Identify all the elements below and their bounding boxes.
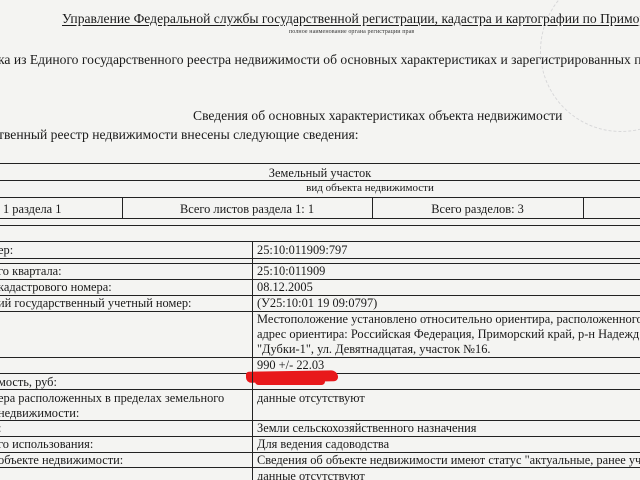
redaction-mark bbox=[255, 378, 325, 385]
value-quarter-number: 25:10:011909 bbox=[257, 264, 325, 279]
label-cadastral-value: мость, руб: bbox=[0, 375, 57, 390]
value-special-notes: данные отсутствуют bbox=[257, 469, 365, 480]
table-border bbox=[0, 258, 640, 259]
object-type: Земельный участок bbox=[0, 166, 640, 181]
label-object-status: объекте недвижимости: bbox=[0, 453, 123, 468]
value-previous-number: (У25:10:01 19 09:0797) bbox=[257, 296, 377, 311]
value-permitted-use: Для ведения садоводства bbox=[257, 437, 389, 452]
value-cadastral-number: 25:10:011909:797 bbox=[257, 243, 347, 258]
table-divider bbox=[583, 197, 584, 218]
sheet-number: 1 раздела 1 bbox=[3, 202, 61, 217]
value-objects-within: данные отсутствуют bbox=[257, 391, 365, 406]
label-objects-within-line-2: недвижимости: bbox=[0, 406, 79, 421]
label-land-category: : bbox=[0, 421, 1, 436]
value-location-line-1: Местоположение установлено относительно … bbox=[257, 312, 640, 327]
intro-text: твенный реестр недвижимости внесены след… bbox=[0, 127, 359, 143]
label-assignment-date: кадастрового номера: bbox=[0, 280, 112, 295]
label-previous-number: ий государственный учетный номер: bbox=[0, 296, 192, 311]
total-sections: Всего разделов: 3 bbox=[372, 202, 583, 217]
value-location-line-2: адрес ориентира: Российская Федерация, П… bbox=[257, 327, 639, 342]
value-object-status: Сведения об объекте недвижимости имеют с… bbox=[257, 453, 640, 468]
label-cadastral-number: ер: bbox=[0, 243, 13, 258]
extract-title: ка из Единого государственного реестра н… bbox=[0, 52, 640, 68]
label-permitted-use: го использования: bbox=[0, 437, 93, 452]
table-border bbox=[0, 225, 640, 226]
value-land-category: Земли сельскохозяйственного назначения bbox=[257, 421, 476, 436]
organization-caption: полное наименование органа регистрации п… bbox=[289, 29, 414, 35]
total-sheets: Всего листов раздела 1: 1 bbox=[122, 202, 372, 217]
value-assignment-date: 08.12.2005 bbox=[257, 280, 313, 295]
value-location-line-3: "Дубки-1", ул. Девятнадцатая, участок №1… bbox=[257, 342, 491, 357]
label-quarter-number: го квартала: bbox=[0, 264, 62, 279]
table-column-divider bbox=[252, 241, 253, 480]
table-border bbox=[0, 163, 640, 164]
object-type-caption: вид объекта недвижимости bbox=[0, 182, 640, 194]
table-border bbox=[0, 218, 640, 219]
organization-name: Управление Федеральной службы государств… bbox=[62, 11, 640, 27]
table-border bbox=[0, 197, 640, 198]
label-objects-within-line-1: ера расположенных в пределах земельного bbox=[0, 391, 224, 406]
section-title: Сведения об основных характеристиках объ… bbox=[193, 108, 562, 124]
